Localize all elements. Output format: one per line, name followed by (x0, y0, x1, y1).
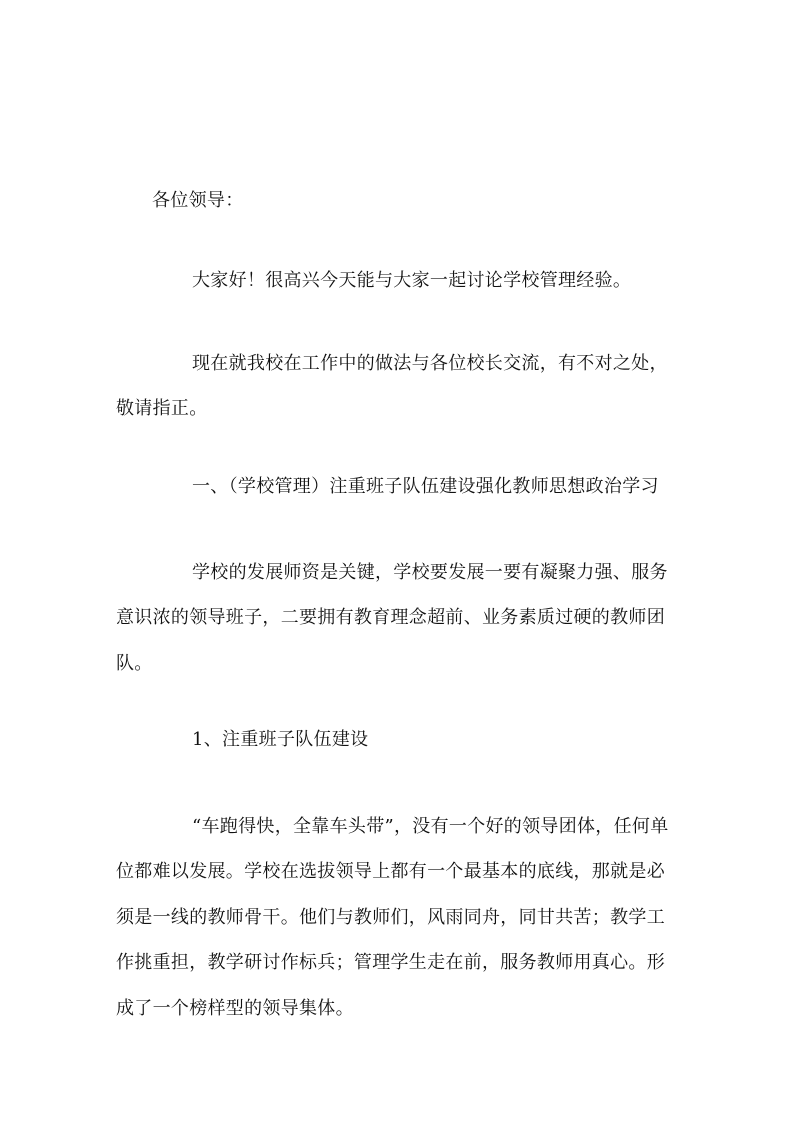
body-paragraph-2-line-4: 作挑重担，教学研讨作标兵；管理学生走在前，服务教师用真心。形 (116, 951, 665, 975)
subsection-heading-1: 1、注重班子队伍建设 (192, 728, 368, 752)
body-paragraph-1-line-3: 队。 (116, 652, 153, 676)
document-page: 各位领导： 大家好！很高兴今天能与大家一起讨论学校管理经验。 现在就我校在工作中… (0, 0, 793, 1122)
body-paragraph-2-line-5: 成了一个榜样型的领导集体。 (116, 997, 354, 1021)
section-heading-1: 一、（学校管理）注重班子队伍建设强化教师思想政治学习 (192, 475, 659, 499)
body-paragraph-2-line-3: 须是一线的教师骨干。他们与教师们，风雨同舟，同甘共苦；教学工 (116, 906, 665, 930)
greeting-paragraph: 大家好！很高兴今天能与大家一起讨论学校管理经验。 (192, 269, 631, 293)
body-paragraph-2-line-2: 位都难以发展。学校在选拔领导上都有一个最基本的底线，那就是必 (116, 860, 665, 884)
body-paragraph-2-line-1: “车跑得快，全靠车头带”，没有一个好的领导团体，任何单 (192, 815, 669, 839)
intro-paragraph-line-2: 敬请指正。 (116, 397, 208, 421)
body-paragraph-1-line-1: 学校的发展师资是关键，学校要发展一要有凝聚力强、服务 (192, 561, 668, 585)
salutation: 各位领导： (152, 189, 244, 213)
intro-paragraph-line-1: 现在就我校在工作中的做法与各位校长交流，有不对之处， (192, 352, 668, 376)
body-paragraph-1-line-2: 意识浓的领导班子，二要拥有教育理念超前、业务素质过硬的教师团 (116, 606, 665, 630)
